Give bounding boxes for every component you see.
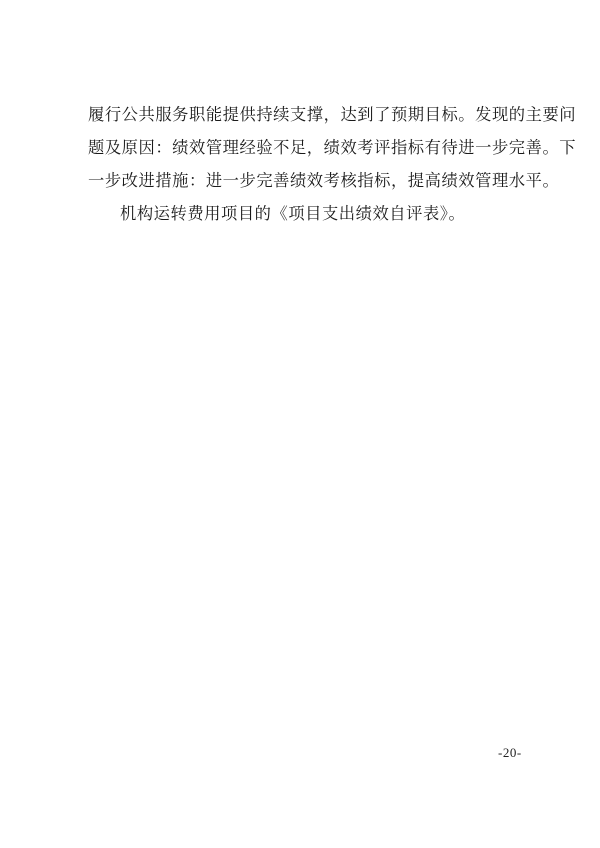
- document-page: 履行公共服务职能提供持续支撑，达到了预期目标。发现的主要问 题及原因：绩效管理经…: [0, 0, 600, 848]
- paragraph-1-line-1: 履行公共服务职能提供持续支撑，达到了预期目标。发现的主要问: [88, 98, 520, 131]
- paragraph-1-line-3: 一步改进措施：进一步完善绩效考核指标，提高绩效管理水平。: [88, 164, 520, 197]
- page-number: -20-: [498, 745, 522, 761]
- body-text: 履行公共服务职能提供持续支撑，达到了预期目标。发现的主要问 题及原因：绩效管理经…: [88, 98, 520, 230]
- paragraph-1-line-2: 题及原因：绩效管理经验不足，绩效考评指标有待进一步完善。下: [88, 131, 520, 164]
- paragraph-2-line-1: 机构运转费用项目的《项目支出绩效自评表》。: [88, 197, 520, 230]
